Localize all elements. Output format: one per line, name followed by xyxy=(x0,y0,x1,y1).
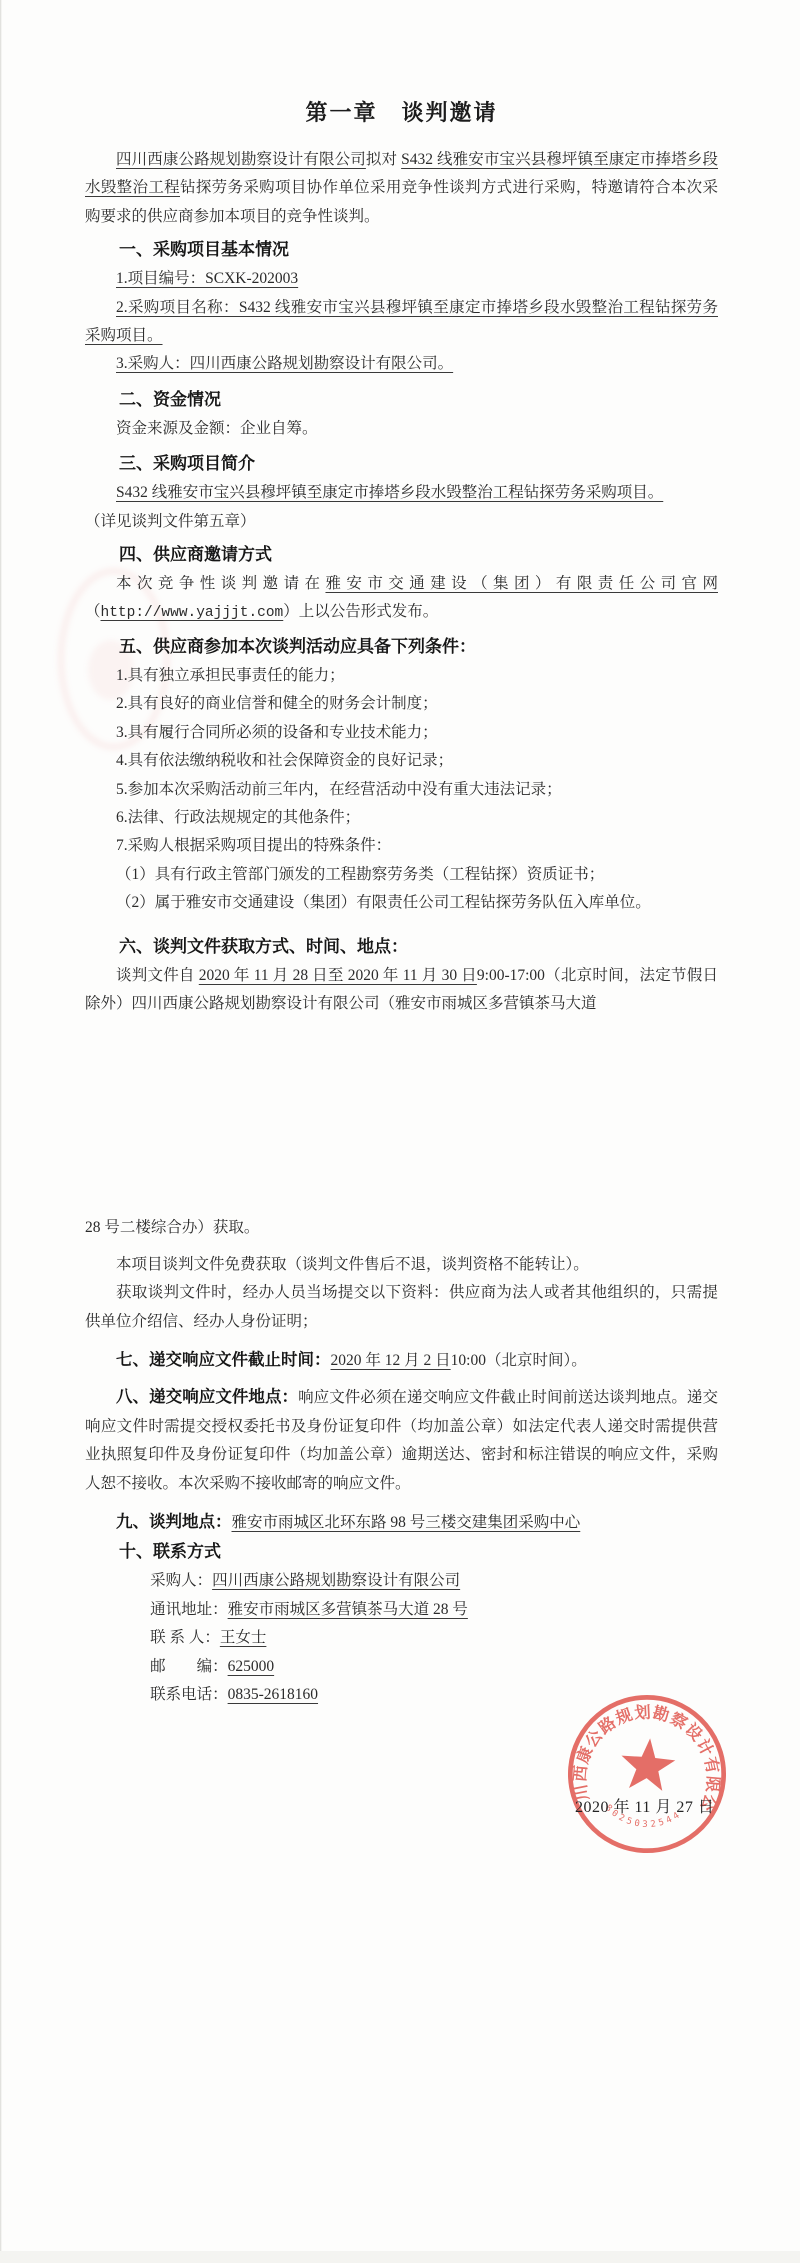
company-seal-graphic: 四川西康公路规划勘察设计有限公司 8025032544 xyxy=(556,1683,738,1865)
svg-text:四川西康公路规划勘察设计有限公司: 四川西康公路规划勘察设计有限公司 xyxy=(556,1683,731,1815)
document-obtain-paragraph: 谈判文件自 2020 年 11 月 28 日至 2020 年 11 月 30 日… xyxy=(85,962,718,1019)
obtain-materials-note: 获取谈判文件时，经办人员当场提交以下资料：供应商为法人或者其他组织的，只需提供单… xyxy=(85,1279,718,1336)
deadline-underlined: 2020 年 12 月 2 日 xyxy=(331,1352,451,1369)
contact-value: 四川西康公路规划勘察设计有限公司 xyxy=(212,1572,460,1589)
invitation-text-tail: ）上以公告形式发布。 xyxy=(283,603,438,620)
contact-row: 邮 编：625000 xyxy=(85,1653,718,1681)
scanned-document-page: 第一章 谈判邀请 四川西康公路规划勘察设计有限公司拟对 S432 线雅安市宝兴县… xyxy=(0,0,800,2263)
section-2-heading: 二、资金情况 xyxy=(85,385,718,415)
section-8-heading: 八、递交响应文件地点： xyxy=(116,1388,298,1406)
section-5-heading: 五、供应商参加本次谈判活动应具备下列条件： xyxy=(85,632,718,662)
condition-subitem: （1）具有行政主管部门颁发的工程勘察劳务类（工程钻探）资质证书； xyxy=(85,861,718,889)
section-6-heading: 六、谈判文件获取方式、时间、地点： xyxy=(85,932,718,962)
project-brief-note: （详见谈判文件第五章） xyxy=(85,508,718,536)
contact-label: 采购人： xyxy=(150,1572,212,1589)
condition-subitem: （2）属于雅安市交通建设（集团）有限责任公司工程钻探劳务队伍入库单位。 xyxy=(85,889,718,917)
section-9-heading: 九、谈判地点： xyxy=(116,1513,232,1531)
free-obtain-note: 本项目谈判文件免费获取（谈判文件售后不退，谈判资格不能转让）。 xyxy=(85,1251,718,1279)
negotiation-place-underlined: 雅安市雨城区北环东路 98 号三楼交建集团采购中心 xyxy=(232,1514,581,1531)
condition-item: 2.具有良好的商业信誉和健全的财务会计制度； xyxy=(85,690,718,718)
contact-label: 联系电话： xyxy=(150,1686,228,1703)
document-content: 第一章 谈判邀请 四川西康公路规划勘察设计有限公司拟对 S432 线雅安市宝兴县… xyxy=(0,0,800,1709)
deadline-tail: 10:00（北京时间）。 xyxy=(451,1352,587,1369)
intro-text: 拟对 xyxy=(366,151,401,168)
paren-open: （ xyxy=(85,603,101,620)
contact-label: 邮 编： xyxy=(150,1658,228,1675)
publisher-name-underlined: 雅安市交通建设（集团）有限责任公司官网 xyxy=(325,575,718,592)
website-url: http://www.yajjjt.com xyxy=(101,605,284,621)
section-7-paragraph: 七、递交响应文件截止时间：2020 年 12 月 2 日10:00（北京时间）。 xyxy=(85,1346,718,1375)
condition-item: 3.具有履行合同所必须的设备和专业技术能力； xyxy=(85,719,718,747)
invitation-method-paragraph: 本次竞争性谈判邀请在雅安市交通建设（集团）有限责任公司官网（http://www… xyxy=(85,570,718,628)
page-title: 第一章 谈判邀请 xyxy=(85,96,718,130)
section-10-heading: 十、联系方式 xyxy=(85,1537,718,1567)
contact-value: 625000 xyxy=(228,1658,275,1675)
invitation-text: 本次竞争性谈判邀请在 xyxy=(116,575,325,592)
section-9-paragraph: 九、谈判地点：雅安市雨城区北环东路 98 号三楼交建集团采购中心 xyxy=(85,1508,718,1537)
condition-item: 7.采购人根据采购项目提出的特殊条件： xyxy=(85,832,718,860)
section-8-paragraph: 八、递交响应文件地点：响应文件必须在递交响应文件截止时间前送达谈判地点。递交响应… xyxy=(85,1383,718,1498)
funding-source-text: 资金来源及金额：企业自筹。 xyxy=(85,415,718,443)
project-number-item: 1.项目编号：SCXK-202003 xyxy=(85,265,718,293)
contact-row: 联 系 人：王女士 xyxy=(85,1624,718,1652)
condition-item: 4.具有依法缴纳税收和社会保障资金的良好记录； xyxy=(85,747,718,775)
company-seal: 四川西康公路规划勘察设计有限公司 8025032544 xyxy=(556,1683,738,1865)
contact-label: 通讯地址： xyxy=(150,1601,228,1618)
stamp-date: 2020 年 11 月 27 日 xyxy=(575,1796,725,1820)
obtain-dates-underlined: 2020 年 11 月 28 日至 2020 年 11 月 30 日 xyxy=(199,967,477,984)
contact-value: 雅安市雨城区多营镇茶马大道 28 号 xyxy=(228,1601,468,1618)
project-name-item: 2.采购项目名称：S432 线雅安市宝兴县穆坪镇至康定市捧塔乡段水毁整治工程钻探… xyxy=(85,294,718,351)
intro-paragraph: 四川西康公路规划勘察设计有限公司拟对 S432 线雅安市宝兴县穆坪镇至康定市捧塔… xyxy=(85,146,718,231)
star-icon xyxy=(619,1736,677,1792)
buyer-name-underlined: 四川西康公路规划勘察设计有限公司 xyxy=(116,151,366,168)
purchaser-item: 3.采购人：四川西康公路规划勘察设计有限公司。 xyxy=(85,350,718,378)
seal-company-name: 四川西康公路规划勘察设计有限公司 xyxy=(556,1683,731,1815)
project-brief-underlined: S432 线雅安市宝兴县穆坪镇至康定市捧塔乡段水毁整治工程钻探劳务采购项目。 xyxy=(116,484,663,501)
contact-label: 联 系 人： xyxy=(150,1629,220,1646)
document-obtain-continuation: 28 号二楼综合办）获取。 xyxy=(85,1214,718,1242)
condition-item: 5.参加本次采购活动前三年内，在经营活动中没有重大违法记录； xyxy=(85,776,718,804)
condition-item: 1.具有独立承担民事责任的能力； xyxy=(85,662,718,690)
project-brief-paragraph: S432 线雅安市宝兴县穆坪镇至康定市捧塔乡段水毁整治工程钻探劳务采购项目。 xyxy=(85,479,718,507)
contact-value: 王女士 xyxy=(220,1629,267,1646)
contact-value: 0835-2618160 xyxy=(228,1686,318,1703)
obtain-text: 谈判文件自 xyxy=(116,967,199,984)
contact-row: 通讯地址：雅安市雨城区多营镇茶马大道 28 号 xyxy=(85,1596,718,1624)
condition-item: 6.法律、行政法规规定的其他条件； xyxy=(85,804,718,832)
section-3-heading: 三、采购项目简介 xyxy=(85,449,718,479)
contact-row: 采购人：四川西康公路规划勘察设计有限公司 xyxy=(85,1567,718,1595)
intro-text: 钻探劳务采购项目协作单位采用竞争性谈判方式进行采购，特邀请符合本次采购要求的供应… xyxy=(85,179,718,224)
section-1-heading: 一、采购项目基本情况 xyxy=(85,235,718,265)
section-4-heading: 四、供应商邀请方式 xyxy=(85,540,718,570)
section-7-heading: 七、递交响应文件截止时间： xyxy=(116,1351,331,1369)
page-break-gap xyxy=(85,1018,718,1214)
